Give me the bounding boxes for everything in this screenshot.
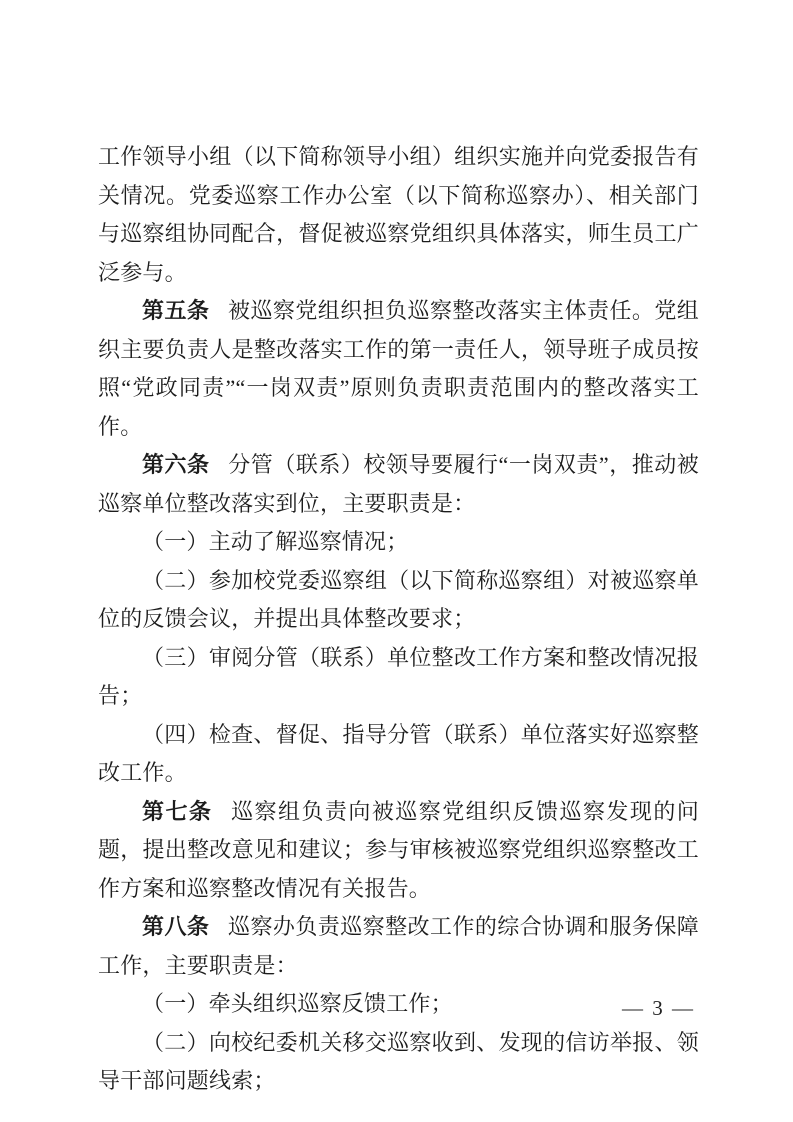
paragraph-text: （二）参加校党委巡察组（以下简称巡察组）对被巡察单位的反馈会议，并提出具体整改要… [98,568,699,632]
paragraph-item-3: （三）审阅分管（联系）单位整改工作方案和整改情况报告； [98,639,699,716]
document-page: 工作领导小组（以下简称领导小组）组织实施并向党委报告有关情况。党委巡察工作办公室… [0,0,793,1122]
paragraph-text: 工作领导小组（以下简称领导小组）组织实施并向党委报告有关情况。党委巡察工作办公室… [98,144,699,285]
paragraph-item-2: （二）参加校党委巡察组（以下简称巡察组）对被巡察单位的反馈会议，并提出具体整改要… [98,562,699,639]
paragraph-text: （四）检查、督促、指导分管（联系）单位落实好巡察整改工作。 [98,722,699,786]
paragraph-text: （二）向校纪委机关移交巡察收到、发现的信访举报、领导干部问题线索； [98,1030,699,1094]
paragraph-text: （一）牵头组织巡察反馈工作； [142,991,453,1016]
paragraph-item-4: （四）检查、督促、指导分管（联系）单位落实好巡察整改工作。 [98,716,699,793]
paragraph-item-6: （二）向校纪委机关移交巡察收到、发现的信访举报、领导干部问题线索； [98,1024,699,1101]
paragraph-article-7: 第七条巡察组负责向被巡察党组织反馈巡察发现的问题，提出整改意见和建议；参与审核被… [98,793,699,909]
paragraph-article-6: 第六条分管（联系）校领导要履行“一岗双责”，推动被巡察单位整改落实到位，主要职责… [98,446,699,523]
article-number: 第五条 [142,298,209,323]
paragraph-item-1: （一）主动了解巡察情况； [98,523,699,562]
paragraph-text: （三）审阅分管（联系）单位整改工作方案和整改情况报告； [98,645,699,709]
paragraph-text: （一）主动了解巡察情况； [142,529,408,554]
paragraph-article-8: 第八条巡察办负责巡察整改工作的综合协调和服务保障工作，主要职责是： [98,908,699,985]
paragraph-item-5: （一）牵头组织巡察反馈工作； [98,985,699,1024]
page-number: — 3 — [622,995,695,1021]
document-body: 工作领导小组（以下简称领导小组）组织实施并向党委报告有关情况。党委巡察工作办公室… [98,138,699,1101]
article-number: 第七条 [142,799,212,824]
paragraph-article-5: 第五条被巡察党组织担负巡察整改落实主体责任。党组织主要负责人是整改落实工作的第一… [98,292,699,446]
paragraph-continuation: 工作领导小组（以下简称领导小组）组织实施并向党委报告有关情况。党委巡察工作办公室… [98,138,699,292]
article-number: 第六条 [142,452,210,477]
article-number: 第八条 [142,914,209,939]
